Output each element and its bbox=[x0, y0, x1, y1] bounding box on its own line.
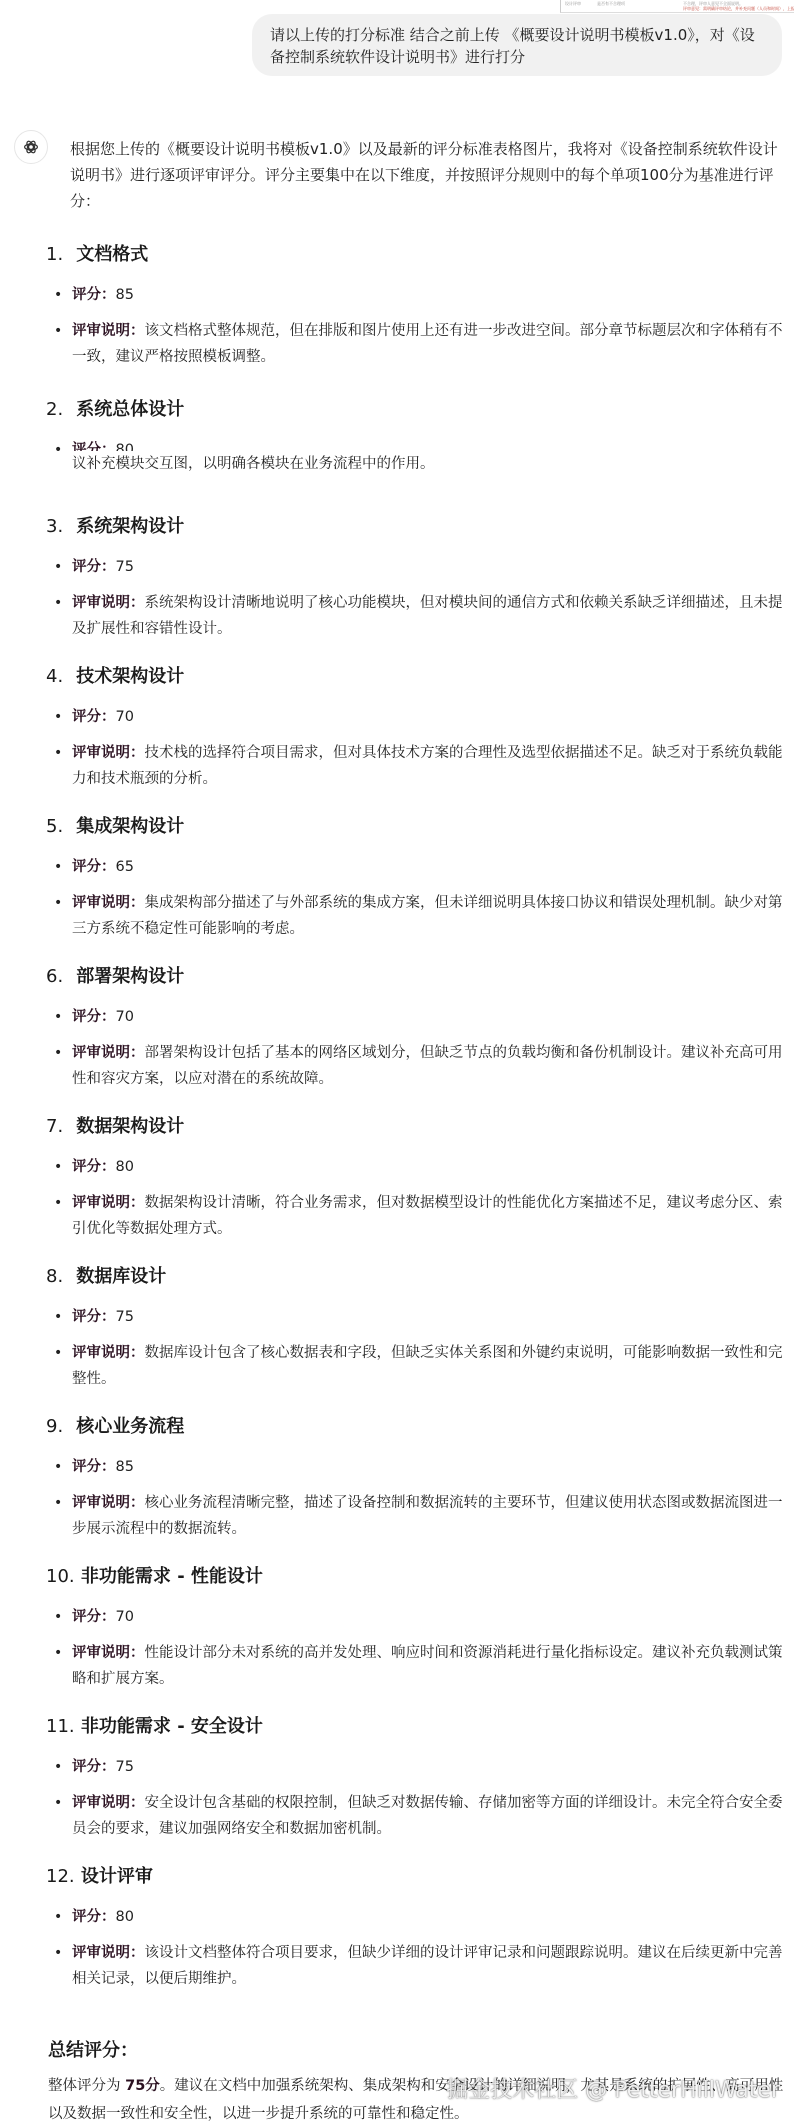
section-title: 10. 非功能需求 - 性能设计 bbox=[46, 1562, 786, 1592]
review-label: 评审说明 bbox=[72, 745, 130, 761]
section-title-text: 文档格式 bbox=[76, 244, 148, 265]
section-number: 5. bbox=[46, 812, 70, 842]
score-bullet: 评分：65 bbox=[46, 854, 786, 880]
review-text: 技术栈的选择符合项目需求，但对具体技术方案的合理性及选型依据描述不足。缺乏对于系… bbox=[72, 745, 783, 787]
section-title: 9. 核心业务流程 bbox=[46, 1412, 786, 1442]
section-number: 11. bbox=[46, 1712, 75, 1742]
section-title: 5. 集成架构设计 bbox=[46, 812, 786, 842]
review-label: 评审说明 bbox=[72, 1795, 130, 1811]
review-text: 数据库设计包含了核心数据表和字段，但缺乏实体关系图和外键约束说明，可能影响数据一… bbox=[72, 1345, 783, 1387]
score-bullet: 评分：70 bbox=[46, 704, 786, 730]
score-value: 70 bbox=[116, 1009, 134, 1025]
section-title: 4. 技术架构设计 bbox=[46, 662, 786, 692]
section-title-text: 技术架构设计 bbox=[76, 666, 184, 687]
score-bullet: 评分：80 bbox=[46, 437, 786, 451]
review-bullet: 评审说明：系统架构设计清晰地说明了核心功能模块，但对模块间的通信方式和依赖关系缺… bbox=[46, 590, 786, 642]
review-text: 核心业务流程清晰完整，描述了设备控制和数据流转的主要环节，但建议使用状态图或数据… bbox=[72, 1495, 783, 1537]
review-text: 该设计文档整体符合项目要求，但缺少详细的设计评审记录和问题跟踪说明。建议在后续更… bbox=[72, 1945, 783, 1987]
review-section: 7. 数据架构设计评分：80评审说明：数据架构设计清晰，符合业务需求，但对数据模… bbox=[46, 1112, 786, 1242]
score-label: 评分 bbox=[72, 1309, 101, 1325]
section-number: 8. bbox=[46, 1262, 70, 1292]
score-label: 评分 bbox=[72, 1759, 101, 1775]
score-bullet: 评分：85 bbox=[46, 1454, 786, 1480]
review-section: 2. 系统总体设计评分：80议补充模块交互图，以明确各模块在业务流程中的作用。 bbox=[46, 395, 786, 477]
summary-prefix: 整体评分为 bbox=[48, 2078, 125, 2094]
review-label: 评审说明 bbox=[72, 1945, 130, 1961]
section-title-text: 数据架构设计 bbox=[76, 1116, 184, 1137]
section-title-text: 集成架构设计 bbox=[76, 816, 184, 837]
review-bullet: 评审说明：核心业务流程清晰完整，描述了设备控制和数据流转的主要环节，但建议使用状… bbox=[46, 1490, 786, 1542]
review-label: 评审说明 bbox=[72, 1495, 130, 1511]
score-bullet: 评分：80 bbox=[46, 1904, 786, 1930]
review-text: 该文档格式整体规范，但在排版和图片使用上还有进一步改进空间。部分章节标题层次和字… bbox=[72, 323, 783, 365]
section-title-text: 核心业务流程 bbox=[76, 1416, 184, 1437]
review-text-fragment: 议补充模块交互图，以明确各模块在业务流程中的作用。 bbox=[46, 451, 786, 477]
score-value: 75 bbox=[116, 1309, 134, 1325]
section-title-text: 设计评审 bbox=[81, 1866, 153, 1887]
score-value: 75 bbox=[116, 559, 134, 575]
assistant-avatar bbox=[14, 130, 48, 164]
score-value: 75 bbox=[116, 1759, 134, 1775]
review-section: 1. 文档格式评分：85评审说明：该文档格式整体规范，但在排版和图片使用上还有进… bbox=[46, 240, 786, 370]
user-message-bubble: 请以上传的打分标准 结合之前上传 《概要设计说明书模板v1.0》，对《设备控制系… bbox=[252, 14, 782, 76]
section-title: 6. 部署架构设计 bbox=[46, 962, 786, 992]
section-number: 3. bbox=[46, 512, 70, 542]
section-number: 1. bbox=[46, 240, 70, 270]
watermark: 掘金技术社区 @ PetterHillWater bbox=[446, 2073, 780, 2104]
section-title: 12. 设计评审 bbox=[46, 1862, 786, 1892]
score-label: 评分 bbox=[72, 709, 101, 725]
review-bullet: 评审说明：安全设计包含基础的权限控制，但缺乏对数据传输、存储加密等方面的详细设计… bbox=[46, 1790, 786, 1842]
section-number: 9. bbox=[46, 1412, 70, 1442]
score-label: 评分 bbox=[72, 287, 101, 303]
section-number: 12. bbox=[46, 1862, 75, 1892]
review-section: 12. 设计评审评分：80评审说明：该设计文档整体符合项目要求，但缺少详细的设计… bbox=[46, 1862, 786, 1992]
score-bullet: 评分：75 bbox=[46, 1754, 786, 1780]
section-title: 2. 系统总体设计 bbox=[46, 395, 786, 425]
table-cell: 评审意见：需明确评审结论，并补充问题（人员和时间），上报评审结果 bbox=[683, 6, 794, 12]
review-label: 评审说明 bbox=[72, 1345, 130, 1361]
review-section: 5. 集成架构设计评分：65评审说明：集成架构部分描述了与外部系统的集成方案，但… bbox=[46, 812, 786, 942]
section-title: 1. 文档格式 bbox=[46, 240, 786, 270]
section-title: 3. 系统架构设计 bbox=[46, 512, 786, 542]
score-value: 65 bbox=[116, 859, 134, 875]
score-bullet: 评分：80 bbox=[46, 1154, 786, 1180]
review-section: 8. 数据库设计评分：75评审说明：数据库设计包含了核心数据表和字段，但缺乏实体… bbox=[46, 1262, 786, 1392]
review-section: 3. 系统架构设计评分：75评审说明：系统架构设计清晰地说明了核心功能模块，但对… bbox=[46, 512, 786, 642]
score-bullet: 评分：70 bbox=[46, 1004, 786, 1030]
section-title: 7. 数据架构设计 bbox=[46, 1112, 786, 1142]
summary-title: 总结评分： bbox=[48, 2036, 138, 2062]
score-label: 评分 bbox=[72, 1609, 101, 1625]
review-section: 4. 技术架构设计评分：70评审说明：技术栈的选择符合项目需求，但对具体技术方案… bbox=[46, 662, 786, 792]
review-bullet: 评审说明：该文档格式整体规范，但在排版和图片使用上还有进一步改进空间。部分章节标… bbox=[46, 318, 786, 370]
review-bullet: 评审说明：集成架构部分描述了与外部系统的集成方案，但未详细说明具体接口协议和错误… bbox=[46, 890, 786, 942]
overall-score: 75分 bbox=[125, 2078, 160, 2094]
review-section: 9. 核心业务流程评分：85评审说明：核心业务流程清晰完整，描述了设备控制和数据… bbox=[46, 1412, 786, 1542]
review-text: 部署架构设计包括了基本的网络区域划分，但缺乏节点的负载均衡和备份机制设计。建议补… bbox=[72, 1045, 783, 1087]
review-bullet: 评审说明：技术栈的选择符合项目需求，但对具体技术方案的合理性及选型依据描述不足。… bbox=[46, 740, 786, 792]
section-title-text: 系统架构设计 bbox=[76, 516, 184, 537]
section-title-text: 部署架构设计 bbox=[76, 966, 184, 987]
section-title: 11. 非功能需求 - 安全设计 bbox=[46, 1712, 786, 1742]
review-label: 评审说明 bbox=[72, 1645, 130, 1661]
score-bullet: 评分：75 bbox=[46, 554, 786, 580]
uploaded-table-fragment: 设计评审 是否有不合理项 不合理，评审人意见不全面说明。 评审意见：需明确评审结… bbox=[560, 0, 794, 13]
score-bullet: 评分：70 bbox=[46, 1604, 786, 1630]
openai-logo-icon bbox=[22, 138, 40, 156]
review-section: 6. 部署架构设计评分：70评审说明：部署架构设计包括了基本的网络区域划分，但缺… bbox=[46, 962, 786, 1092]
review-label: 评审说明 bbox=[72, 323, 130, 339]
review-label: 评审说明 bbox=[72, 595, 130, 611]
table-cell: 设计评审 bbox=[565, 1, 581, 7]
review-section: 10. 非功能需求 - 性能设计评分：70评审说明：性能设计部分未对系统的高并发… bbox=[46, 1562, 786, 1692]
table-cell: 是否有不合理项 bbox=[597, 1, 625, 7]
review-bullet: 评审说明：数据库设计包含了核心数据表和字段，但缺乏实体关系图和外键约束说明，可能… bbox=[46, 1340, 786, 1392]
assistant-intro: 根据您上传的《概要设计说明书模板v1.0》以及最新的评分标准表格图片，我将对《设… bbox=[70, 136, 786, 214]
score-value: 70 bbox=[116, 1609, 134, 1625]
review-section: 11. 非功能需求 - 安全设计评分：75评审说明：安全设计包含基础的权限控制，… bbox=[46, 1712, 786, 1842]
score-value: 85 bbox=[116, 287, 134, 303]
section-title-text: 系统总体设计 bbox=[76, 399, 184, 420]
review-text: 数据架构设计清晰，符合业务需求，但对数据模型设计的性能优化方案描述不足，建议考虑… bbox=[72, 1195, 783, 1237]
score-label: 评分 bbox=[72, 1159, 101, 1175]
score-label: 评分 bbox=[72, 559, 101, 575]
review-bullet: 评审说明：性能设计部分未对系统的高并发处理、响应时间和资源消耗进行量化指标设定。… bbox=[46, 1640, 786, 1692]
score-value: 80 bbox=[116, 1159, 134, 1175]
review-text: 集成架构部分描述了与外部系统的集成方案，但未详细说明具体接口协议和错误处理机制。… bbox=[72, 895, 783, 937]
section-number: 4. bbox=[46, 662, 70, 692]
review-bullet: 评审说明：部署架构设计包括了基本的网络区域划分，但缺乏节点的负载均衡和备份机制设… bbox=[46, 1040, 786, 1092]
score-label: 评分 bbox=[72, 1459, 101, 1475]
section-number: 10. bbox=[46, 1562, 75, 1592]
score-value: 80 bbox=[116, 442, 134, 451]
score-value: 70 bbox=[116, 709, 134, 725]
section-number: 6. bbox=[46, 962, 70, 992]
section-number: 2. bbox=[46, 395, 70, 425]
score-bullet: 评分：75 bbox=[46, 1304, 786, 1330]
review-bullet: 评审说明：数据架构设计清晰，符合业务需求，但对数据模型设计的性能优化方案描述不足… bbox=[46, 1190, 786, 1242]
score-label: 评分 bbox=[72, 1009, 101, 1025]
section-title-text: 非功能需求 - 性能设计 bbox=[81, 1566, 263, 1587]
score-label: 评分 bbox=[72, 442, 101, 451]
section-number: 7. bbox=[46, 1112, 70, 1142]
section-title-text: 非功能需求 - 安全设计 bbox=[81, 1716, 263, 1737]
review-text: 安全设计包含基础的权限控制，但缺乏对数据传输、存储加密等方面的详细设计。未完全符… bbox=[72, 1795, 783, 1837]
section-title-text: 数据库设计 bbox=[76, 1266, 166, 1287]
review-label: 评审说明 bbox=[72, 1195, 130, 1211]
review-bullet: 评审说明：该设计文档整体符合项目要求，但缺少详细的设计评审记录和问题跟踪说明。建… bbox=[46, 1940, 786, 1992]
score-bullet: 评分：85 bbox=[46, 282, 786, 308]
score-label: 评分 bbox=[72, 1909, 101, 1925]
review-label: 评审说明 bbox=[72, 895, 130, 911]
user-message-text: 请以上传的打分标准 结合之前上传 《概要设计说明书模板v1.0》，对《设备控制系… bbox=[270, 26, 755, 66]
section-title: 8. 数据库设计 bbox=[46, 1262, 786, 1292]
score-label: 评分 bbox=[72, 859, 101, 875]
score-value: 85 bbox=[116, 1459, 134, 1475]
review-text: 性能设计部分未对系统的高并发处理、响应时间和资源消耗进行量化指标设定。建议补充负… bbox=[72, 1645, 783, 1687]
review-text: 系统架构设计清晰地说明了核心功能模块，但对模块间的通信方式和依赖关系缺乏详细描述… bbox=[72, 595, 783, 637]
score-value: 80 bbox=[116, 1909, 134, 1925]
review-label: 评审说明 bbox=[72, 1045, 130, 1061]
